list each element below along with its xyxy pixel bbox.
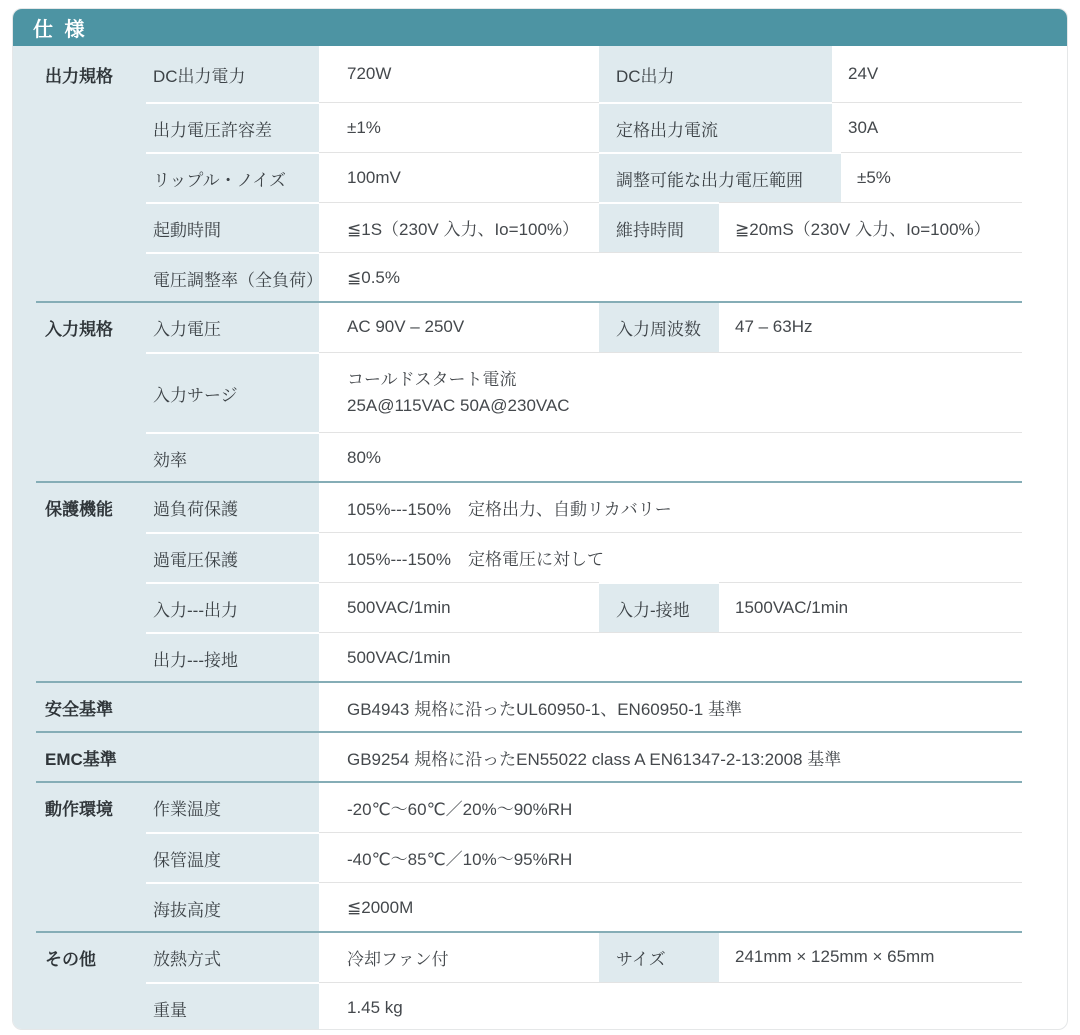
table-row: 電圧調整率（全負荷）≦0.5% — [13, 252, 1067, 302]
row-label-right: 維持時間 — [599, 202, 719, 252]
row-label-right: 定格出力電流 — [599, 102, 832, 152]
table-row: 出力---接地500VAC/1min — [13, 632, 1067, 682]
row-label-right: 調整可能な出力電圧範囲 — [599, 152, 841, 202]
spec-section-5: 動作環境作業温度-20℃～60℃／20%～90%RH保管温度-40℃～85℃／1… — [13, 782, 1067, 932]
row-value-right: 30A — [832, 102, 1022, 152]
row-value: 500VAC/1min — [319, 632, 1022, 682]
table-row: 効率80% — [13, 432, 1067, 482]
category-cell — [13, 152, 146, 202]
row-value-right: 24V — [832, 46, 1022, 102]
category-cell — [13, 582, 146, 632]
row-label: 入力---出力 — [146, 582, 319, 632]
category-label: その他 — [13, 932, 146, 982]
row-value: コールドスタート電流25A@115VAC 50A@230VAC — [319, 352, 1022, 432]
category-label: 入力規格 — [13, 302, 146, 352]
row-label-right: 入力-接地 — [599, 582, 719, 632]
row-label: 起動時間 — [146, 202, 319, 252]
table-row: 出力規格DC出力電力720WDC出力24V — [13, 46, 1067, 102]
row-label: 出力---接地 — [146, 632, 319, 682]
row-label-right: サイズ — [599, 932, 719, 982]
row-value-lines: コールドスタート電流25A@115VAC 50A@230VAC — [347, 371, 570, 414]
spec-card: 仕 様 出力規格DC出力電力720WDC出力24V出力電圧許容差±1%定格出力電… — [12, 8, 1068, 1030]
row-value: ≦0.5% — [319, 252, 1022, 302]
page-title: 仕 様 — [33, 13, 88, 42]
spec-section-2: 保護機能過負荷保護105%---150% 定格出力、自動リカバリー過電圧保護10… — [13, 482, 1067, 682]
table-row: 入力規格入力電圧AC 90V – 250V入力周波数47 – 63Hz — [13, 302, 1067, 352]
row-value-right: 1500VAC/1min — [719, 582, 1022, 632]
row-value: 100mV — [319, 152, 599, 202]
category-cell — [13, 832, 146, 882]
row-value: 105%---150% 定格電圧に対して — [319, 532, 1022, 582]
spec-table: 出力規格DC出力電力720WDC出力24V出力電圧許容差±1%定格出力電流30A… — [13, 46, 1067, 1030]
row-label: 放熱方式 — [146, 932, 319, 982]
row-value: 1.45 kg — [319, 982, 1022, 1030]
row-label: 保管温度 — [146, 832, 319, 882]
category-cell — [13, 202, 146, 252]
row-label: 電圧調整率（全負荷） — [146, 252, 319, 302]
row-value: -40℃～85℃／10%～95%RH — [319, 832, 1022, 882]
table-row: 出力電圧許容差±1%定格出力電流30A — [13, 102, 1067, 152]
row-label: DC出力電力 — [146, 46, 319, 102]
table-row: リップル・ノイズ100mV調整可能な出力電圧範囲±5% — [13, 152, 1067, 202]
row-label: 入力サージ — [146, 352, 319, 432]
table-row: 海抜高度≦2000M — [13, 882, 1067, 932]
category-cell — [13, 982, 146, 1030]
row-label: 作業温度 — [146, 782, 319, 832]
row-label: 過負荷保護 — [146, 482, 319, 532]
row-value: 冷却ファン付 — [319, 932, 599, 982]
section-divider — [36, 481, 1022, 483]
category-cell — [13, 432, 146, 482]
row-value: 720W — [319, 46, 599, 102]
spec-section-0: 出力規格DC出力電力720WDC出力24V出力電圧許容差±1%定格出力電流30A… — [13, 46, 1067, 302]
row-value: ≦1S（230V 入力、Io=100%） — [319, 202, 599, 252]
row-value: GB4943 規格に沿ったUL60950-1、EN60950-1 基準 — [319, 682, 1022, 732]
table-row: 起動時間≦1S（230V 入力、Io=100%）維持時間≧20mS（230V 入… — [13, 202, 1067, 252]
category-cell — [13, 252, 146, 302]
row-value-line2: 25A@115VAC 50A@230VAC — [347, 397, 570, 414]
section-divider — [36, 781, 1022, 783]
row-label: 出力電圧許容差 — [146, 102, 319, 152]
row-value: 80% — [319, 432, 1022, 482]
row-label-right: 入力周波数 — [599, 302, 719, 352]
category-label: 安全基準 — [13, 682, 319, 732]
spec-section-4: EMC基準GB9254 規格に沿ったEN55022 class A EN6134… — [13, 732, 1067, 782]
row-label: 重量 — [146, 982, 319, 1030]
spec-header-bar: 仕 様 — [13, 9, 1067, 46]
row-value-right: 241mm × 125mm × 65mm — [719, 932, 1022, 982]
row-label-right: DC出力 — [599, 46, 832, 102]
row-value: -20℃～60℃／20%～90%RH — [319, 782, 1022, 832]
spec-section-3: 安全基準GB4943 規格に沿ったUL60950-1、EN60950-1 基準 — [13, 682, 1067, 732]
row-label: リップル・ノイズ — [146, 152, 319, 202]
section-divider — [36, 301, 1022, 303]
category-cell — [13, 102, 146, 152]
section-divider — [36, 681, 1022, 683]
table-row: 保護機能過負荷保護105%---150% 定格出力、自動リカバリー — [13, 482, 1067, 532]
row-value-line1: コールドスタート電流 — [347, 371, 570, 388]
table-row: 重量1.45 kg — [13, 982, 1067, 1030]
row-value-right: ±5% — [841, 152, 1022, 202]
table-row: その他放熱方式冷却ファン付サイズ241mm × 125mm × 65mm — [13, 932, 1067, 982]
row-label: 効率 — [146, 432, 319, 482]
category-label: EMC基準 — [13, 732, 319, 782]
row-value: 105%---150% 定格出力、自動リカバリー — [319, 482, 1022, 532]
row-value-right: ≧20mS（230V 入力、Io=100%） — [719, 202, 1022, 252]
category-cell — [13, 632, 146, 682]
category-label: 保護機能 — [13, 482, 146, 532]
row-label: 過電圧保護 — [146, 532, 319, 582]
row-label: 海抜高度 — [146, 882, 319, 932]
row-value: ±1% — [319, 102, 599, 152]
table-row: 入力---出力500VAC/1min入力-接地1500VAC/1min — [13, 582, 1067, 632]
table-row: 過電圧保護105%---150% 定格電圧に対して — [13, 532, 1067, 582]
category-cell — [13, 352, 146, 432]
category-label: 出力規格 — [13, 46, 146, 102]
table-row: 安全基準GB4943 規格に沿ったUL60950-1、EN60950-1 基準 — [13, 682, 1067, 732]
category-label: 動作環境 — [13, 782, 146, 832]
category-cell — [13, 532, 146, 582]
table-row: 入力サージコールドスタート電流25A@115VAC 50A@230VAC — [13, 352, 1067, 432]
spec-section-6: その他放熱方式冷却ファン付サイズ241mm × 125mm × 65mm重量1.… — [13, 932, 1067, 1030]
row-value-right: 47 – 63Hz — [719, 302, 1022, 352]
row-value: ≦2000M — [319, 882, 1022, 932]
table-row: 動作環境作業温度-20℃～60℃／20%～90%RH — [13, 782, 1067, 832]
table-row: EMC基準GB9254 規格に沿ったEN55022 class A EN6134… — [13, 732, 1067, 782]
row-value: 500VAC/1min — [319, 582, 599, 632]
row-value: AC 90V – 250V — [319, 302, 599, 352]
spec-section-1: 入力規格入力電圧AC 90V – 250V入力周波数47 – 63Hz入力サージ… — [13, 302, 1067, 482]
section-divider — [36, 731, 1022, 733]
category-cell — [13, 882, 146, 932]
row-value: GB9254 規格に沿ったEN55022 class A EN61347-2-1… — [319, 732, 1022, 782]
table-row: 保管温度-40℃～85℃／10%～95%RH — [13, 832, 1067, 882]
section-divider — [36, 931, 1022, 933]
row-label: 入力電圧 — [146, 302, 319, 352]
